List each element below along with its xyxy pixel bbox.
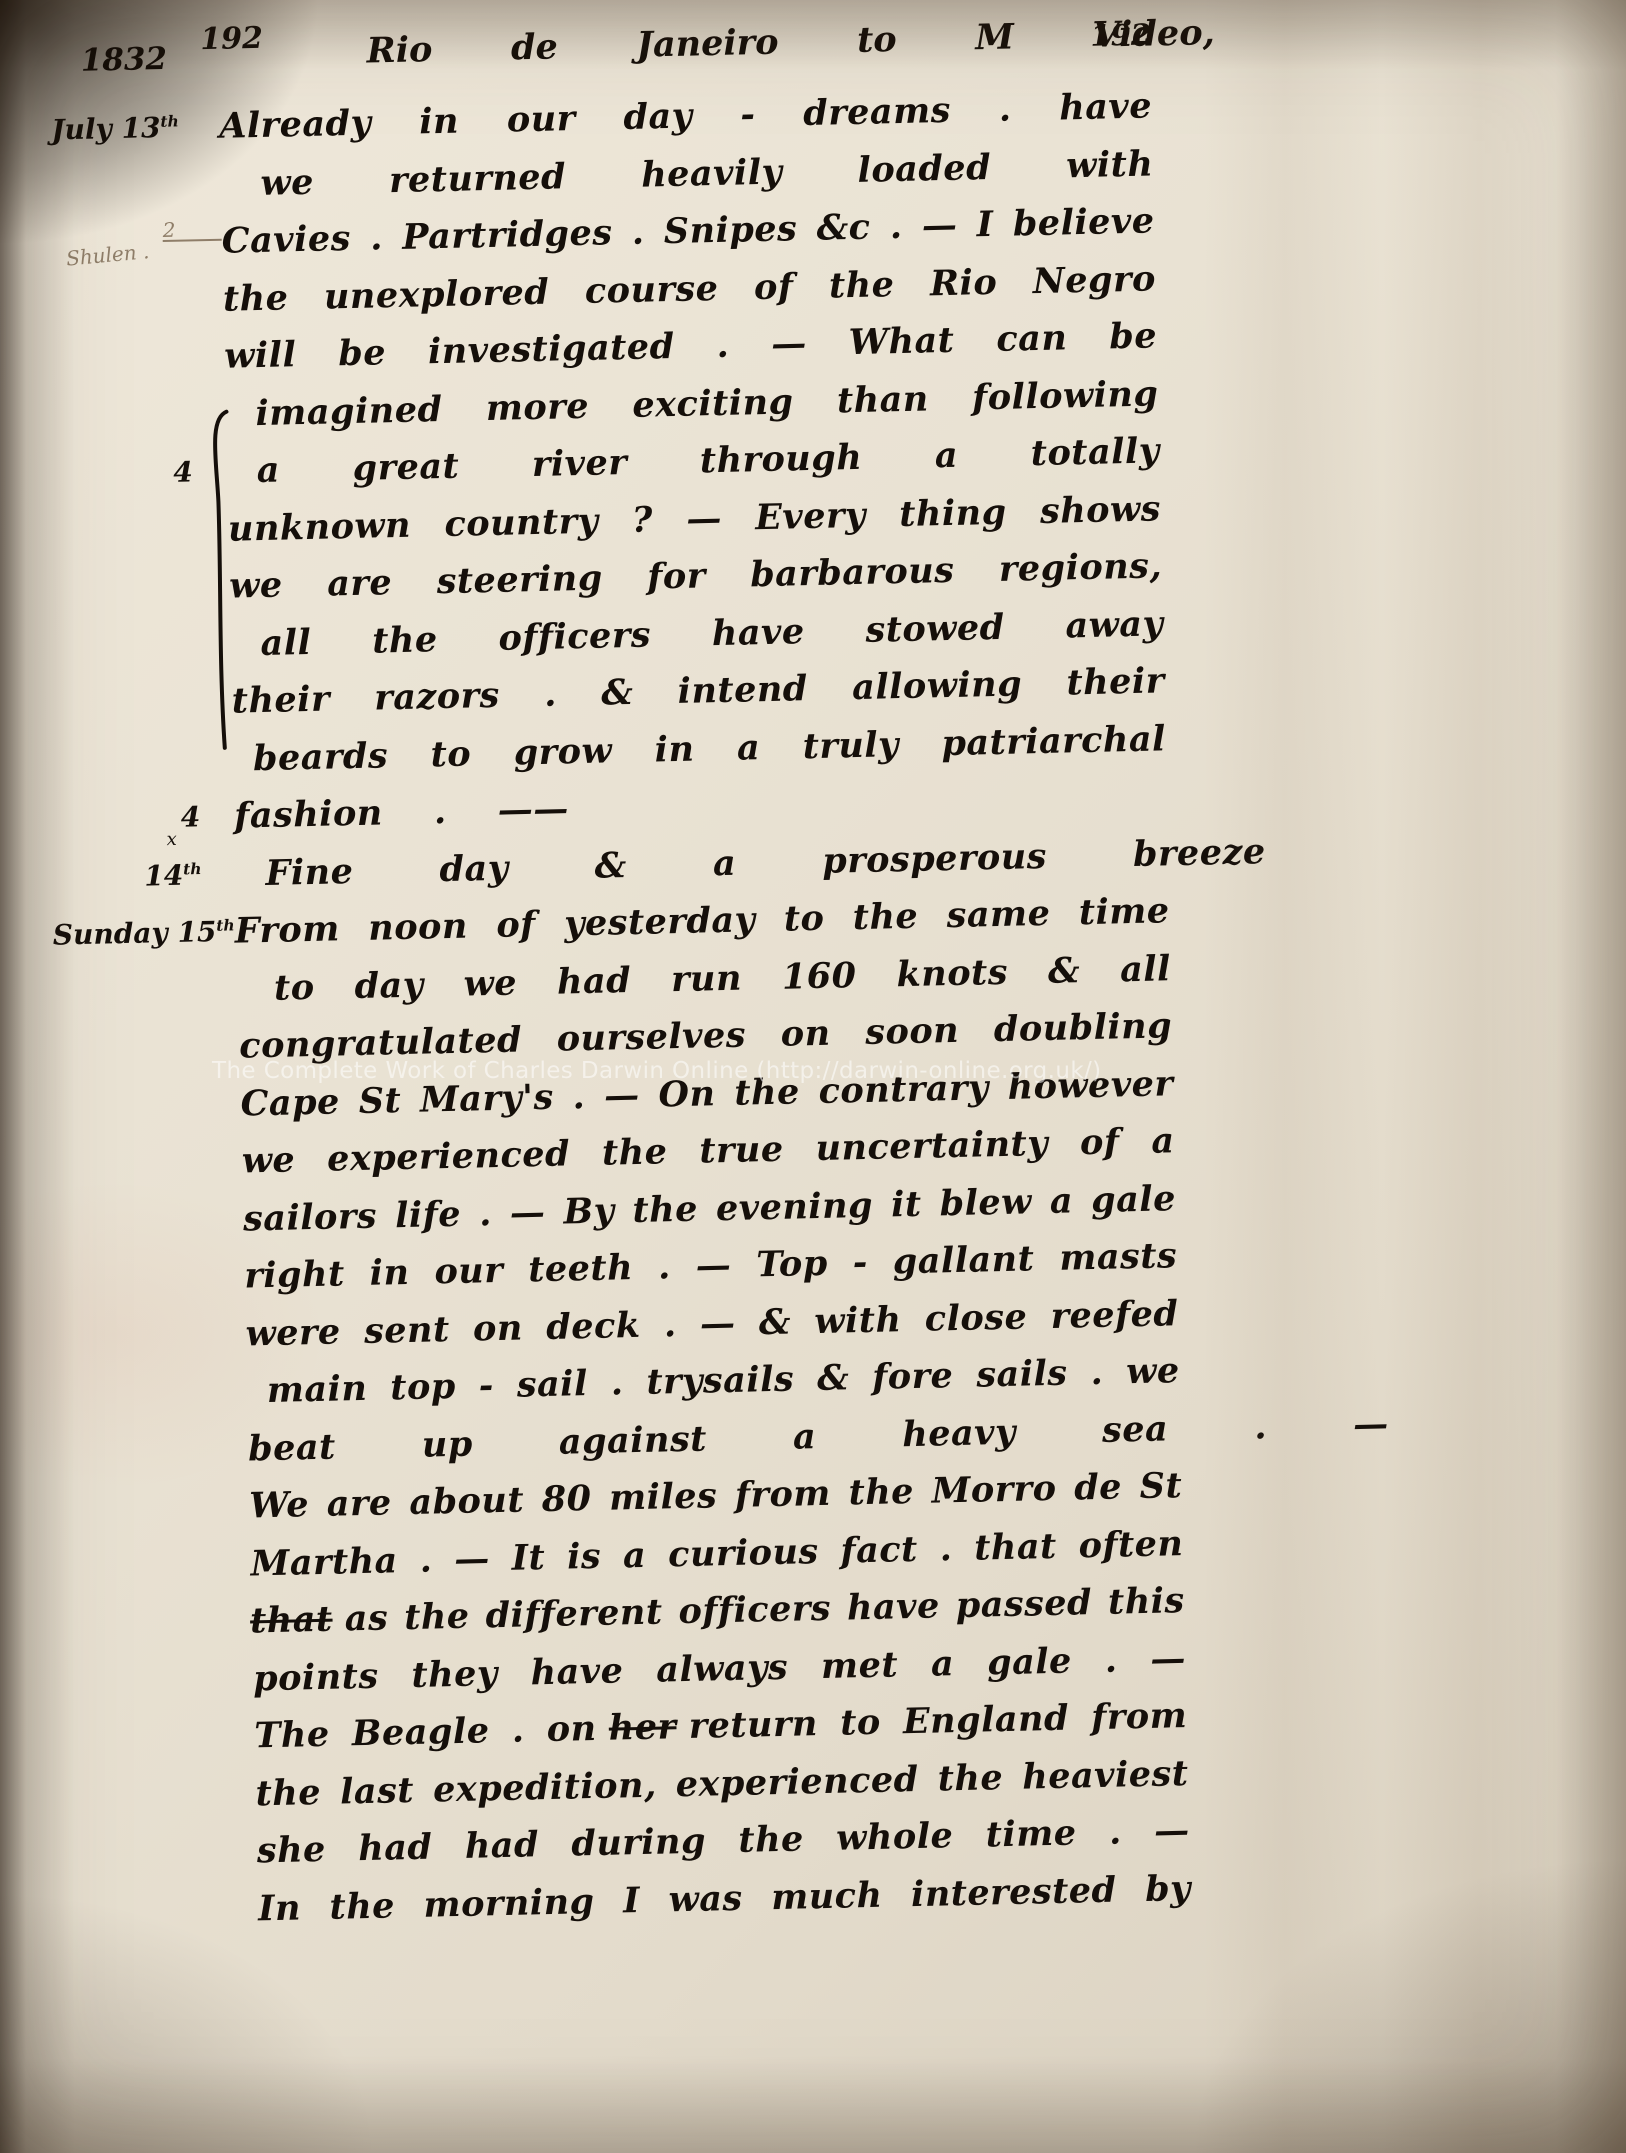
pencil-number: 2: [163, 219, 222, 242]
page-number: 192: [1090, 17, 1151, 52]
pencil-word: Shulen .: [53, 241, 150, 270]
page-title: Rio de Janeiro to M Video,: [366, 16, 1035, 72]
line-text: Already in our day - dreams . have: [219, 83, 1153, 146]
darwin-online-watermark: The Complete Work of Charles Darwin Onli…: [212, 1058, 1112, 1084]
diary-page-photo: 1832 192 Rio de Janeiro to M Video, 192 …: [0, 0, 1626, 2153]
year-annotation: 1832: [80, 41, 167, 79]
margin-date: July 13th: [51, 104, 220, 147]
margin-date: Sunday 15th: [52, 909, 235, 952]
margin-date: 14th: [67, 851, 236, 894]
folio-number: 192: [200, 21, 263, 57]
diary-body: July 13th Already in our day - dreams . …: [0, 59, 1626, 1948]
margin-number: 4x: [66, 794, 235, 837]
margin-pencil-note: 2 Shulen .: [53, 219, 222, 267]
margin-number: 4: [58, 449, 227, 492]
